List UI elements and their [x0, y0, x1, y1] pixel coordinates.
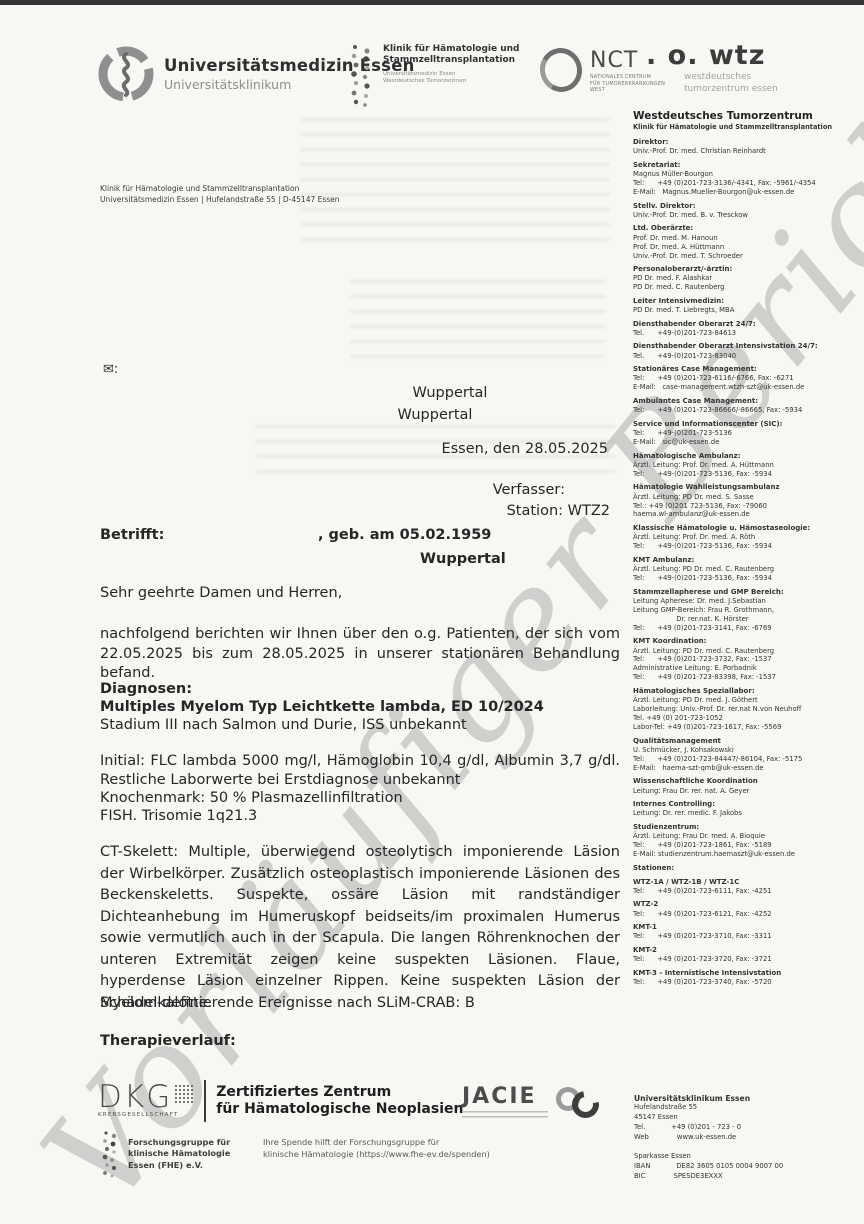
betrifft-label: Betrifft: — [100, 527, 164, 543]
diagnosen-heading: Diagnosen: — [100, 681, 192, 697]
sidebar-block-line: Tel: +49 (0)201-723-83398, Fax: -1537 — [633, 673, 859, 682]
sidebar-block-line: Labor-Tel: +49 (0)201-723-1617, Fax: -55… — [633, 723, 859, 732]
sidebar-block-line: Tel: +49 (0)201-723-6121, Fax: -4252 — [633, 910, 859, 919]
fish-line: FISH. Trisomie 1q21.3 — [100, 808, 257, 824]
betrifft-value: , geb. am 05.02.1959 — [318, 527, 491, 543]
uk-footer-line: Hufelandstraße 55 — [634, 1103, 859, 1113]
sidebar-block-header: Service und Informationscenter (SIC): — [633, 420, 859, 429]
sidebar-block-line: E-Mail: haema-szt-qmb@uk-essen.de — [633, 764, 859, 773]
sidebar-block: KMT Ambulanz:Ärztl. Leitung: PD Dr. med.… — [633, 556, 859, 583]
sidebar-block-header: Diensthabender Oberarzt Intensivstation … — [633, 342, 859, 351]
sender-address-line: Klinik für Hämatologie und Stammzelltran… — [100, 183, 340, 206]
sidebar-block-header: KMT-3 - Internistische Intensivstation — [633, 969, 859, 978]
wtz-logo: . o. wtz westdeutsches tumorzentrum esse… — [646, 42, 778, 95]
knochenmark-line: Knochenmark: 50 % Plasmazellinfiltration — [100, 790, 403, 806]
uk-essen-footer-block: Universitätsklinikum Essen Hufelandstraß… — [634, 1094, 859, 1182]
sidebar-block: Internes Controlling:Leitung: Dr. rer. m… — [633, 800, 859, 818]
sidebar-block-header: KMT Ambulanz: — [633, 556, 859, 565]
sidebar-block-header: WTZ-1A / WTZ-1B / WTZ-1C — [633, 878, 859, 887]
sidebar-block: WTZ-2Tel: +49 (0)201-723-6121, Fax: -425… — [633, 900, 859, 918]
sidebar-block: Stammzellapherese und GMP Bereich:Leitun… — [633, 588, 859, 633]
sidebar-block-header: Personaloberarzt/-ärztin: — [633, 265, 859, 274]
sidebar-block: KMT-1Tel: +49 (0)201-723-3710, Fax: -331… — [633, 923, 859, 941]
sidebar-block: KMT Koordination:Ärztl. Leitung: PD Dr. … — [633, 637, 859, 682]
sidebar-block-header: Direktor: — [633, 138, 859, 147]
initial-values-paragraph: Initial: FLC lambda 5000 mg/l, Hämoglobi… — [100, 752, 620, 790]
sidebar-block-line: Tel: +49 (0)201-723-3720, Fax: -3721 — [633, 955, 859, 964]
scanned-letter-page: Vorläufiger Bericht Universitätsmedizin … — [0, 0, 864, 1224]
intro-paragraph: nachfolgend berichten wir Ihnen über den… — [100, 625, 620, 684]
sidebar-block-header: Stammzellapherese und GMP Bereich: — [633, 588, 859, 597]
diagnosis-main: Multiples Myelom Typ Leichtkette lambda,… — [100, 699, 544, 715]
sidebar-block-header: KMT-2 — [633, 946, 859, 955]
jacie-name: JACIE — [462, 1084, 548, 1109]
sidebar-block-line: Ärztl. Leitung: PD Dr. med. C. Rautenber… — [633, 647, 859, 656]
fhe-line2: klinische Hämatologie — [128, 1148, 230, 1159]
station-line: Station: WTZ2 — [400, 503, 610, 519]
sidebar-block-line: E-Mail: studienzentrum.haemaszt@uk-essen… — [633, 850, 859, 859]
sidebar-blocks: Direktor:Univ.-Prof. Dr. med. Christian … — [633, 138, 859, 987]
sidebar-block: KMT-3 - Internistische IntensivstationTe… — [633, 969, 859, 987]
dkg-certification-logo: DKG KREBSGESELLSCHAFT Zertifiziertes Zen… — [98, 1080, 463, 1122]
sidebar-block-line: Tel. +49-(0)201-723-83040 — [633, 352, 859, 361]
sidebar-block-header: Hämatologische Ambulanz: — [633, 452, 859, 461]
sidebar-block-line: Leitung: Dr. rer. medic. F. Jakobs — [633, 809, 859, 818]
sidebar-block-line: haema.wl-ambulanz@uk-essen.de — [633, 510, 859, 519]
sidebar-block: Ltd. Oberärzte:Prof. Dr. med. M. HanounP… — [633, 224, 859, 260]
sidebar-block: Service und Informationscenter (SIC):Tel… — [633, 420, 859, 447]
sidebar-block-line: Ärztl. Leitung: PD Dr. med. C. Rautenber… — [633, 565, 859, 574]
sidebar-block-header: KMT-1 — [633, 923, 859, 932]
dkg-name: DKG — [98, 1084, 172, 1112]
dkg-subtitle: KREBSGESELLSCHAFT — [98, 1112, 194, 1118]
jacie-logo: JACIE — [462, 1084, 598, 1119]
uk-footer-lines: Hufelandstraße 5545147 EssenTel. +49 (0)… — [634, 1103, 859, 1182]
sidebar-block-line: Ärztl. Leitung: Frau Dr. med. A. Bioquie — [633, 832, 859, 841]
sidebar-subtitle: Klinik für Hämatologie und Stammzelltran… — [633, 123, 859, 131]
sidebar-block-line: Leitung GMP-Bereich: Frau R. Grothmann, — [633, 606, 859, 615]
contact-sidebar: Westdeutsches Tumorzentrum Klinik für Hä… — [633, 110, 859, 992]
sidebar-block-line: Leitung: Frau Dr. rer. nat. A. Geyer — [633, 787, 859, 796]
betrifft-city: Wuppertal — [420, 551, 506, 567]
sidebar-block-line: Univ.-Prof. Dr. med. B. v. Tresckow — [633, 211, 859, 220]
sidebar-block-line: Prof. Dr. med. A. Hüttmann — [633, 243, 859, 252]
dna-helix-icon — [348, 44, 374, 108]
spende-line1: Ihre Spende hilft der Forschungsgruppe f… — [263, 1136, 490, 1148]
sidebar-block-line: Ärztl. Leitung: PD Dr. med. S. Sasse — [633, 493, 859, 502]
klinik-sub2: Westdeutsches Tumorzentrum — [383, 78, 519, 85]
klinik-name-line1: Klinik für Hämatologie und — [383, 44, 519, 55]
ume-snake-icon — [98, 46, 154, 102]
klinik-logo-text: Klinik für Hämatologie und Stammzelltran… — [383, 44, 519, 108]
slim-crab-line: Myelom-definierende Ereignisse nach SLiM… — [100, 995, 475, 1011]
uk-footer-line: 45147 Essen — [634, 1113, 859, 1123]
sidebar-block-line: Ärztl. Leitung: PD Dr. med. J. Göthert — [633, 696, 859, 705]
sidebar-block-header: Ltd. Oberärzte: — [633, 224, 859, 233]
sidebar-block-line: Tel: +49 (0)201-723-86666/-86665, Fax: -… — [633, 406, 859, 415]
sidebar-block: KMT-2Tel: +49 (0)201-723-3720, Fax: -372… — [633, 946, 859, 964]
fhe-logo: Forschungsgruppe für klinische Hämatolog… — [100, 1130, 230, 1178]
sidebar-block-line: Tel: +49 (0)201-723-3136/-4341, Fax: -59… — [633, 179, 859, 188]
ct-skelett-paragraph: CT-Skelett: Multiple, überwiegend osteol… — [100, 842, 620, 1014]
sidebar-block-header: Hämatologisches Speziallabor: — [633, 687, 859, 696]
sidebar-block: Stationäres Case Management:Tel: +49 (0)… — [633, 365, 859, 392]
sidebar-block-line: Tel: +49 (0)201-723-6111, Fax: -4251 — [633, 887, 859, 896]
sidebar-block: Sekretariat:Magnus Müller-BourgonTel: +4… — [633, 161, 859, 197]
sidebar-block: Klassische Hämatologie u. Hämostaseologi… — [633, 524, 859, 551]
sidebar-block-line: E-Mail: case-management.wtzh-szt@uk-esse… — [633, 383, 859, 392]
sidebar-block-line: Tel: +49 (0)201-723-3710, Fax: -3311 — [633, 932, 859, 941]
recipient-city-1: Wuppertal — [395, 385, 505, 401]
sidebar-block-line: Tel.: +49 (0)201 723-5136, Fax: -79060 — [633, 502, 859, 511]
sidebar-block-line: Administrative Leitung: E. Porbadnik — [633, 664, 859, 673]
sidebar-block: WTZ-1A / WTZ-1B / WTZ-1CTel: +49 (0)201-… — [633, 878, 859, 896]
sender-line1: Klinik für Hämatologie und Stammzelltran… — [100, 183, 340, 194]
klinik-sub1: Universitätsmedizin Essen — [383, 71, 519, 78]
jacie-text: JACIE — [462, 1084, 548, 1119]
divider — [204, 1080, 206, 1122]
fhe-dots-icon — [100, 1130, 120, 1178]
sidebar-block: Direktor:Univ.-Prof. Dr. med. Christian … — [633, 138, 859, 156]
recipient-city-2: Wuppertal — [380, 407, 490, 423]
sidebar-block-line: Tel: +49 (0)201-723-3732, Fax: -1537 — [633, 655, 859, 664]
sidebar-block-line: Tel: +49 (0)201-723-3740, Fax: -5720 — [633, 978, 859, 987]
dkg-logo: DKG KREBSGESELLSCHAFT — [98, 1084, 194, 1119]
sidebar-block-line: Leitung Apherese: Dr. med. J.Sebastian — [633, 597, 859, 606]
sidebar-title: Westdeutsches Tumorzentrum — [633, 110, 859, 122]
sidebar-block-header: KMT Koordination: — [633, 637, 859, 646]
klinik-logo: Klinik für Hämatologie und Stammzelltran… — [348, 44, 519, 108]
uk-footer-line: Web www.uk-essen.de — [634, 1133, 859, 1143]
sidebar-block: Stellv. Direktor:Univ.-Prof. Dr. med. B.… — [633, 202, 859, 220]
sender-line2: Universitätsmedizin Essen | Hufelandstra… — [100, 194, 340, 205]
sidebar-block-line: Univ.-Prof. Dr. med. Christian Reinhardt — [633, 147, 859, 156]
sidebar-block: Ambulantes Case Management:Tel: +49 (0)2… — [633, 397, 859, 415]
salutation: Sehr geehrte Damen und Herren, — [100, 585, 342, 601]
sidebar-block-header: Leiter Intensivmedizin: — [633, 297, 859, 306]
wtz-sub2: tumorzentrum essen — [684, 84, 778, 96]
envelope-icon: ✉: — [103, 362, 118, 377]
sidebar-block-header: Ambulantes Case Management: — [633, 397, 859, 406]
scan-edge-artifact — [0, 0, 864, 5]
sidebar-block-header: WTZ-2 — [633, 900, 859, 909]
bleed-through-text — [300, 118, 610, 248]
wtz-subtext: westdeutsches tumorzentrum essen — [684, 72, 778, 95]
therapieverlauf-heading: Therapieverlauf: — [100, 1033, 236, 1049]
sidebar-block: Diensthabender Oberarzt 24/7:Tel. +49-(0… — [633, 320, 859, 338]
sidebar-block-line: Prof. Dr. med. M. Hanoun — [633, 234, 859, 243]
sidebar-block: Hämatologie WahlleistungsambulanzÄrztl. … — [633, 483, 859, 519]
sidebar-block-header: Sekretariat: — [633, 161, 859, 170]
sidebar-block-header: Studienzentrum: — [633, 823, 859, 832]
uk-footer-line: Sparkasse Essen — [634, 1152, 859, 1162]
fhe-text: Forschungsgruppe für klinische Hämatolog… — [128, 1137, 230, 1170]
sidebar-block-line: PD Dr. med. C. Rautenberg — [633, 283, 859, 292]
sidebar-block: Stationen: — [633, 864, 859, 873]
sidebar-block-line: Dr. rer.nat. K. Hörster — [633, 615, 859, 624]
sidebar-block: Wissenschaftliche KoordinationLeitung: F… — [633, 777, 859, 795]
sidebar-block-line: Tel. +49-(0)201-723-84613 — [633, 329, 859, 338]
sidebar-block-line: Tel: +49 (0)201-723-1861, Fax: -5189 — [633, 841, 859, 850]
sidebar-block-line: Tel: +49-(0)201-723-5136, Fax: -5934 — [633, 470, 859, 479]
sidebar-block: Personaloberarzt/-ärztin:PD Dr. med. F. … — [633, 265, 859, 292]
uk-footer-line: BIC SPESDE3EXXX — [634, 1172, 859, 1182]
sidebar-block-header: Qualitätsmanagement — [633, 737, 859, 746]
sidebar-block-header: Stellv. Direktor: — [633, 202, 859, 211]
date-line: Essen, den 28.05.2025 — [390, 441, 608, 457]
sidebar-block: Leiter Intensivmedizin:PD Dr. med. T. Li… — [633, 297, 859, 315]
sidebar-block: Studienzentrum:Ärztl. Leitung: Frau Dr. … — [633, 823, 859, 859]
klinik-subtext: Universitätsmedizin Essen Westdeutsches … — [383, 71, 519, 86]
sidebar-block: QualitätsmanagementU. Schmücker, J. Kohs… — [633, 737, 859, 773]
bleed-through-text — [350, 280, 605, 370]
dkg-cert-text: Zertifiziertes Zentrum für Hämatologisch… — [216, 1084, 463, 1119]
wtz-name: . o. wtz — [646, 42, 778, 69]
sidebar-block-header: Stationen: — [633, 864, 859, 873]
jacie-small-text — [462, 1111, 548, 1119]
sidebar-block: Hämatologisches Speziallabor:Ärztl. Leit… — [633, 687, 859, 732]
sidebar-block-header: Wissenschaftliche Koordination — [633, 777, 859, 786]
sidebar-block-header: Klassische Hämatologie u. Hämostaseologi… — [633, 524, 859, 533]
uk-footer-line: Tel. +49 (0)201 - 723 - 0 — [634, 1123, 859, 1133]
sidebar-block-line: Univ.-Prof. Dr. med. T. Schroeder — [633, 252, 859, 261]
sidebar-block-line: Ärztl. Leitung: Prof. Dr. med. A. Hüttma… — [633, 461, 859, 470]
uk-footer-line — [634, 1142, 859, 1152]
wtz-sub1: westdeutsches — [684, 72, 778, 84]
sidebar-block-line: Tel: +49-(0)201-723-5136, Fax: -5934 — [633, 574, 859, 583]
spenden-note: Ihre Spende hilft der Forschungsgruppe f… — [263, 1136, 490, 1161]
dkg-cert-line2: für Hämatologische Neoplasien — [216, 1101, 463, 1119]
sidebar-block-line: Tel: +49 (0)201-723-6116/-6766, Fax: -62… — [633, 374, 859, 383]
sidebar-block-line: E-Mail: sic@uk-essen.de — [633, 438, 859, 447]
fhe-line3: Essen (FHE) e.V. — [128, 1160, 230, 1171]
verfasser-label: Verfasser: — [400, 482, 565, 498]
sidebar-block-line: PD Dr. med. T. Liebregts, MBA — [633, 306, 859, 315]
sidebar-block-header: Stationäres Case Management: — [633, 365, 859, 374]
klinik-name-line2: Stammzelltransplantation — [383, 55, 519, 66]
sidebar-block-line: E-Mail: Magnus.Mueller-Bourgon@uk-essen.… — [633, 188, 859, 197]
sidebar-block-line: Laborleitung: Univ.-Prof. Dr. rer.nat N.… — [633, 705, 859, 714]
sidebar-block-line: U. Schmücker, J. Kohsakowski — [633, 746, 859, 755]
diagnosis-sub: Stadium III nach Salmon und Durie, ISS u… — [100, 717, 467, 733]
sidebar-block-line: Tel: +49 (0)201-723-84447/-86104, Fax: -… — [633, 755, 859, 764]
dkg-dots-icon — [174, 1084, 194, 1104]
sidebar-block-line: Tel: +49-(0)201-723-5136, Fax: -5934 — [633, 542, 859, 551]
dkg-cert-line1: Zertifiziertes Zentrum — [216, 1084, 463, 1102]
uk-footer-name: Universitätsklinikum Essen — [634, 1094, 859, 1103]
sidebar-block: Hämatologische Ambulanz:Ärztl. Leitung: … — [633, 452, 859, 479]
nct-ring-icon — [535, 43, 587, 96]
sidebar-block-line: Ärztl. Leitung: Prof. Dr. med. A. Röth — [633, 533, 859, 542]
spende-line2: klinische Hämatologie (https://www.fhe-e… — [263, 1148, 490, 1160]
sidebar-block-header: Diensthabender Oberarzt 24/7: — [633, 320, 859, 329]
uk-footer-line: IBAN DE82 3605 0105 0004 9007 00 — [634, 1162, 859, 1172]
sidebar-block: Diensthabender Oberarzt Intensivstation … — [633, 342, 859, 360]
sidebar-block-line: Magnus Müller-Bourgon — [633, 170, 859, 179]
fhe-line1: Forschungsgruppe für — [128, 1137, 230, 1148]
sidebar-block-header: Hämatologie Wahlleistungsambulanz — [633, 483, 859, 492]
sidebar-block-line: Tel: +49-(0)201-723-5136 — [633, 429, 859, 438]
jacie-rings-icon — [556, 1087, 598, 1117]
sidebar-block-header: Internes Controlling: — [633, 800, 859, 809]
sidebar-block-line: Tel. +49 (0) 201-723-1052 — [633, 714, 859, 723]
sidebar-block-line: Tel: +49 (0)201-723-3141, Fax: -6769 — [633, 624, 859, 633]
sidebar-block-line: PD Dr. med. F. Alashkar — [633, 274, 859, 283]
